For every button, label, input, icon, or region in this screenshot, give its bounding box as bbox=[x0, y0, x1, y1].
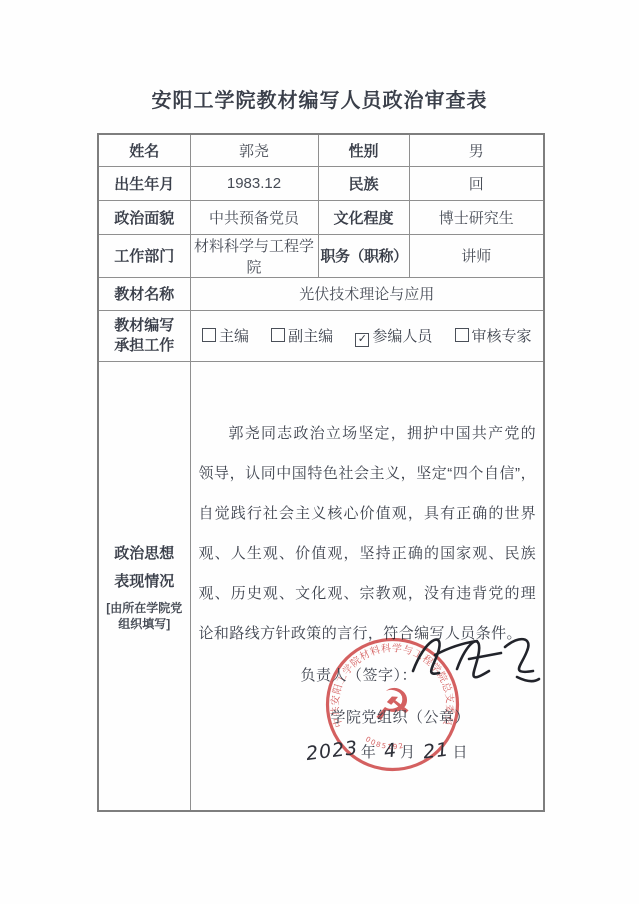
birthdate-value: 1983.12 bbox=[190, 166, 318, 200]
day-unit: 日 bbox=[453, 744, 469, 761]
gender-value: 男 bbox=[409, 134, 544, 166]
ethnicity-label: 民族 bbox=[318, 166, 409, 200]
option-label: 主编 bbox=[219, 328, 249, 345]
checkbox-unchecked-icon bbox=[455, 328, 469, 342]
option-label: 审核专家 bbox=[472, 328, 532, 345]
option-contributor: ✓参编人员 bbox=[355, 325, 432, 347]
table-row: 政治面貌 中共预备党员 文化程度 博士研究生 bbox=[98, 200, 544, 234]
role-label: 教材编写 承担工作 bbox=[98, 310, 190, 361]
department-value: 材料科学与工程学院 bbox=[190, 234, 318, 277]
review-label-line1: 政治思想 bbox=[101, 540, 188, 568]
ethnicity-value: 回 bbox=[409, 166, 544, 200]
check-glyph: ✓ bbox=[358, 333, 367, 345]
political-status-value: 中共预备党员 bbox=[190, 200, 318, 234]
year-unit: 年 bbox=[361, 744, 377, 761]
table-row: 教材名称 光伏技术理论与应用 bbox=[98, 277, 544, 310]
review-label-line2: 表现情况 bbox=[101, 568, 188, 596]
handwritten-signature bbox=[405, 625, 545, 705]
option-deputy-editor: 副主编 bbox=[271, 325, 333, 346]
education-label: 文化程度 bbox=[318, 200, 409, 234]
position-value: 讲师 bbox=[409, 234, 544, 277]
handwritten-year: 2023 bbox=[304, 736, 359, 764]
textbook-name-label: 教材名称 bbox=[98, 277, 190, 310]
position-label: 职务（职称） bbox=[318, 234, 409, 277]
table-row: 姓名 郭尧 性别 男 bbox=[98, 134, 544, 166]
date-line: 2023年 4月 21日 bbox=[303, 740, 469, 762]
table-row: 教材编写 承担工作 主编 副主编 ✓参编人员 审核专家 bbox=[98, 310, 544, 361]
textbook-name-value: 光伏技术理论与应用 bbox=[190, 277, 544, 310]
option-chief-editor: 主编 bbox=[202, 325, 249, 346]
review-section-label: 政治思想 表现情况 [由所在学院党组织填写] bbox=[98, 361, 190, 811]
option-label: 副主编 bbox=[288, 328, 333, 345]
option-label: 参编人员 bbox=[372, 328, 432, 345]
role-label-line2: 承担工作 bbox=[101, 336, 188, 356]
review-form-table: 姓名 郭尧 性别 男 出生年月 1983.12 民族 回 政治面貌 中共预备党员… bbox=[97, 133, 545, 812]
name-value: 郭尧 bbox=[190, 134, 318, 166]
political-status-label: 政治面貌 bbox=[98, 200, 190, 234]
role-label-line1: 教材编写 bbox=[101, 316, 188, 336]
review-content-cell: 郭尧同志政治立场坚定，拥护中国共产党的领导，认同中国特色社会主义，坚定“四个自信… bbox=[190, 361, 544, 811]
political-review-statement: 郭尧同志政治立场坚定，拥护中国共产党的领导，认同中国特色社会主义，坚定“四个自信… bbox=[199, 414, 537, 654]
role-options-cell: 主编 副主编 ✓参编人员 审核专家 bbox=[190, 310, 544, 361]
option-review-expert: 审核专家 bbox=[455, 325, 532, 346]
name-label: 姓名 bbox=[98, 134, 190, 166]
birthdate-label: 出生年月 bbox=[98, 166, 190, 200]
month-unit: 月 bbox=[400, 744, 416, 761]
handwritten-day: 21 bbox=[422, 738, 451, 763]
gender-label: 性别 bbox=[318, 134, 409, 166]
education-value: 博士研究生 bbox=[409, 200, 544, 234]
checkbox-unchecked-icon bbox=[202, 328, 216, 342]
department-label: 工作部门 bbox=[98, 234, 190, 277]
table-row: 工作部门 材料科学与工程学院 职务（职称） 讲师 bbox=[98, 234, 544, 277]
handwritten-month: 4 bbox=[383, 739, 399, 762]
table-row: 政治思想 表现情况 [由所在学院党组织填写] 郭尧同志政治立场坚定，拥护中国共产… bbox=[98, 361, 544, 811]
checkbox-unchecked-icon bbox=[271, 328, 285, 342]
responsible-person-label: 负责人（签字）： bbox=[301, 664, 418, 685]
review-label-note: [由所在学院党组织填写] bbox=[101, 600, 188, 632]
table-row: 出生年月 1983.12 民族 回 bbox=[98, 166, 544, 200]
checkbox-checked-icon: ✓ bbox=[355, 333, 369, 347]
party-organization-label: 学院党组织（公章） bbox=[331, 706, 471, 727]
scanned-document-page: 安阳工学院教材编写人员政治审查表 姓名 郭尧 性别 男 出生年月 1983.12… bbox=[0, 0, 639, 904]
page-title: 安阳工学院教材编写人员政治审查表 bbox=[0, 84, 639, 113]
